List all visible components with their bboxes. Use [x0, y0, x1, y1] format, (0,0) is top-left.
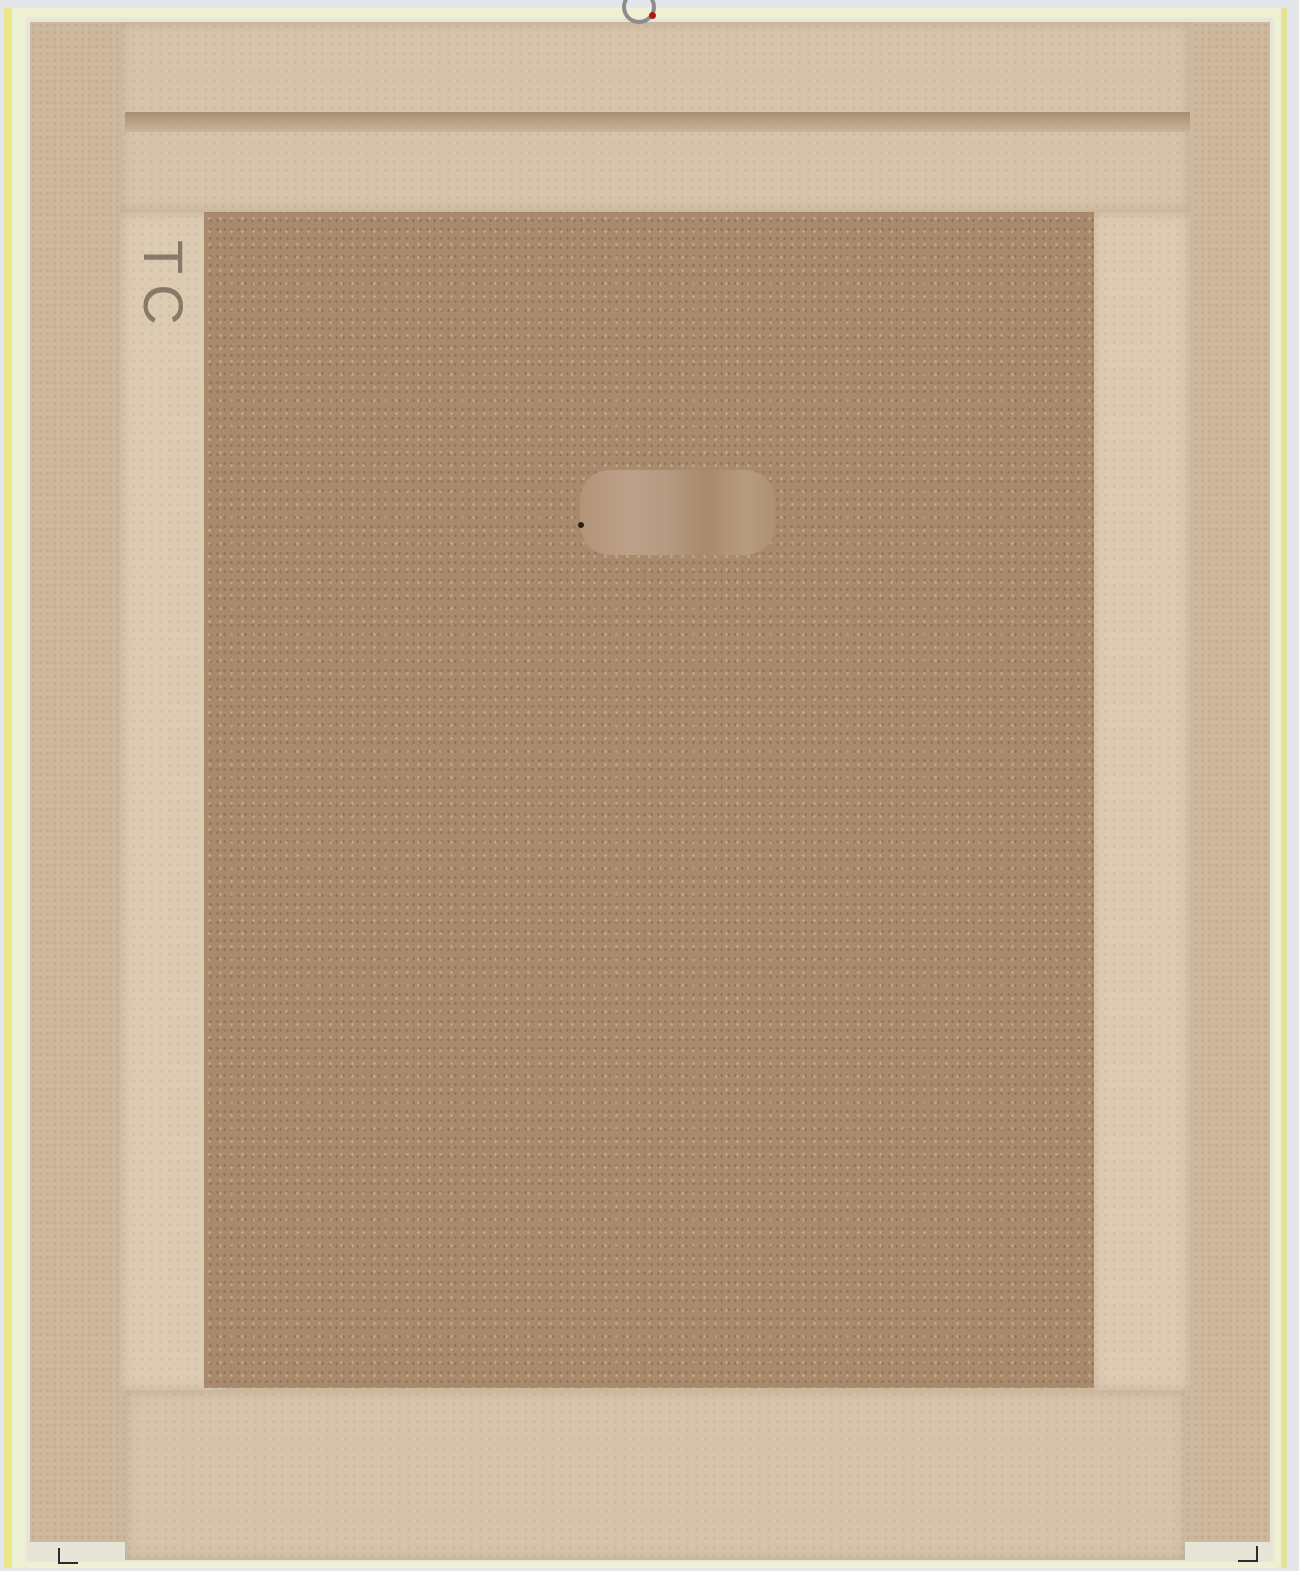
tape-right	[1092, 212, 1190, 1392]
blurred-label	[580, 470, 775, 555]
hardboard-panel	[204, 212, 1094, 1388]
corner-clip-bottom-right	[1238, 1546, 1258, 1562]
handwritten-marking: TC	[131, 240, 196, 335]
tape-bottom	[125, 1390, 1185, 1560]
hanger-red-mark	[649, 12, 656, 19]
tape-top-fold	[125, 112, 1190, 132]
corner-clip-bottom-left	[58, 1548, 78, 1564]
staple-dot	[578, 522, 584, 528]
